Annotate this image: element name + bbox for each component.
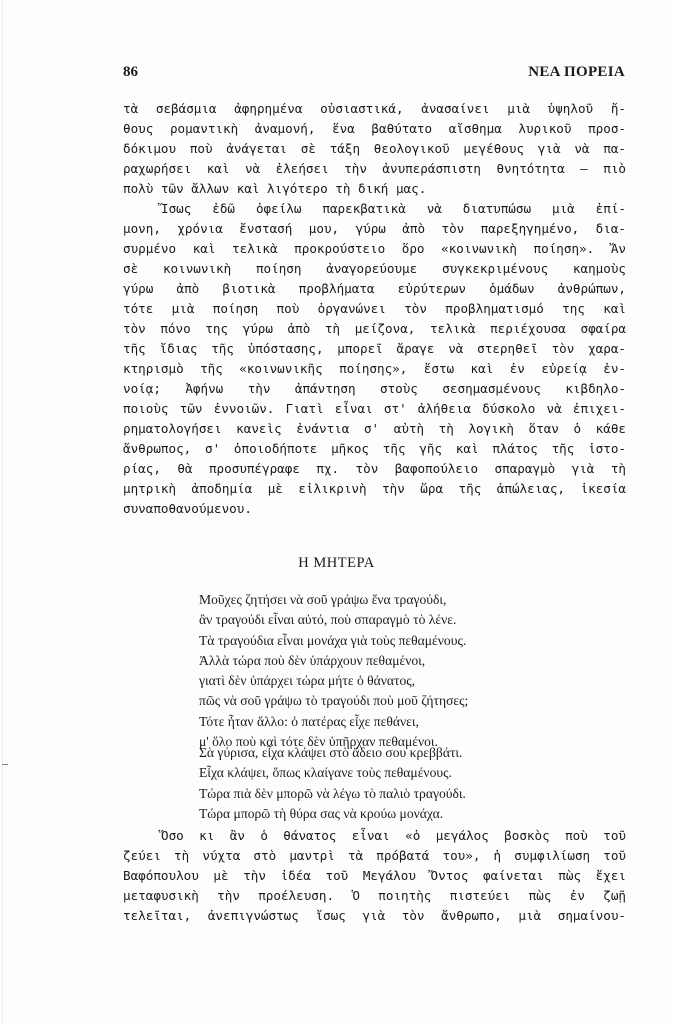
poem-verse-line: Τὰ τραγούδια εἶναι μονάχα γιὰ τοὺς πεθαμ… — [199, 631, 468, 651]
poem-verse-line: πῶς νὰ σοῦ γράψω τὸ τραγούδι ποὺ μοῦ ζήτ… — [199, 691, 468, 711]
text-line: Ὅσο κι ἂν ὁ θάνατος εἶναι «ὁ μεγάλος βοσ… — [123, 826, 626, 846]
running-head: 86 ΝΕΑ ΠΟΡΕΙΑ — [123, 64, 625, 84]
text-line: ζεύει τὴ νύχτα στὸ μαντρὶ τὰ πρόβατά του… — [123, 846, 626, 866]
text-line: πολὺ τῶν ἄλλων καὶ λιγότερο τὴ δική μας. — [123, 179, 626, 199]
text-line: κτηρισμὸ τῆς «κοινωνικῆς ποίησης», ἔστω … — [123, 359, 626, 379]
text-line: νοίᾳ; Ἀφήνω τὴν ἀπάντηση στοὺς σεσημασμέ… — [123, 379, 626, 399]
text-line: ποιοὺς τῶν ἐννοιῶν. Γιατὶ εἶναι στ' ἀλήθ… — [123, 399, 626, 419]
prose-block-top: τὰ σεβάσμια ἀφηρημένα οὐσιαστικά, ἀνασαί… — [123, 99, 626, 519]
text-line: τότε μιὰ ποίηση ποὺ ὀργανώνει τὸν προβλη… — [123, 299, 626, 319]
poem-verse-line: Τότε ἦταν ἄλλο: ὁ πατέρας εἶχε πεθάνει, — [199, 712, 468, 732]
text-line: Ἴσως ἐδῶ ὀφείλω παρεκβατικὰ νὰ διατυπώσω… — [123, 199, 626, 219]
text-line: ρίας, θὰ προσυπέγραφε πχ. τὸν βαφοπούλει… — [123, 459, 626, 479]
text-line: Βαφόπουλου μὲ τὴν ἰδέα τοῦ Μεγάλου Ὄντος… — [123, 866, 626, 886]
text-line: δόκιμου ποὺ ἀνάγεται σὲ τάξη θεολογικοῦ … — [123, 139, 626, 159]
prose-block-bottom: Ὅσο κι ἂν ὁ θάνατος εἶναι «ὁ μεγάλος βοσ… — [123, 826, 626, 926]
poem-verse-line: ἂν τραγούδι εἶναι αὐτό, ποὺ σπαραγμὸ τὸ … — [199, 610, 468, 630]
page-number: 86 — [123, 64, 138, 81]
text-line: ραχωρήσει καὶ νὰ ἐλεήσει τὴν ἀνυπεράσπισ… — [123, 159, 626, 179]
poem-verse-line: Σὰ γύρισα, εἶχα κλάψει στὸ ἄδειο σου κρε… — [199, 743, 466, 763]
poem-verse-line: γιατὶ δὲν ὑπάρχει τώρα μήτε ὁ θάνατος, — [199, 671, 468, 691]
text-line: μεταφυσικὴ τὴν προέλευση. Ὁ ποιητὴς πιστ… — [123, 886, 626, 906]
book-page: 86 ΝΕΑ ΠΟΡΕΙΑ τὰ σεβάσμια ἀφηρημένα οὐσι… — [0, 0, 673, 1024]
text-line: μητρικὴ ἀποδημία μὲ εἰλικρινὴ τὴν ὥρα τῆ… — [123, 479, 626, 499]
text-line: τὸν πόνο της γύρω ἀπὸ τὴ μείζονα, τελικὰ… — [123, 319, 626, 339]
poem-verse-line: Τώρα πιὰ δὲν μπορῶ νὰ λέγω τὸ παλιὸ τραγ… — [199, 784, 466, 804]
scan-edge — [2, 0, 3, 1024]
text-line: μονη, χρόνια ἔνστασή μου, γύρω ἀπὸ τὸν π… — [123, 219, 626, 239]
poem-verse-line: Τώρα μπορῶ τὴ θύρα σας νὰ κρούω μονάχα. — [199, 804, 466, 824]
margin-mark — [2, 764, 8, 765]
poem-stanza-1: Μοῦχες ζητήσει νὰ σοῦ γράψω ἕνα τραγούδι… — [199, 590, 468, 752]
text-line: τὰ σεβάσμια ἀφηρημένα οὐσιαστικά, ἀνασαί… — [123, 99, 626, 119]
text-line: ρηματολογήσει κανεὶς ἐνάντια σ' αὐτὴ τὴ … — [123, 419, 626, 439]
text-line: συρμένο καὶ τελικὰ προκρούστειο ὅρο «κοι… — [123, 239, 626, 259]
text-line: συναποθανούμενου. — [123, 499, 626, 519]
poem-verse-line: Μοῦχες ζητήσει νὰ σοῦ γράψω ἕνα τραγούδι… — [199, 590, 468, 610]
text-line: ἄνθρωπος, σ' ὁποιοδήποτε μῆκος τῆς γῆς κ… — [123, 439, 626, 459]
poem-verse-line: Ἀλλὰ τώρα ποὺ δὲν ὑπάρχουν πεθαμένοι, — [199, 651, 468, 671]
poem-stanza-2: Σὰ γύρισα, εἶχα κλάψει στὸ ἄδειο σου κρε… — [199, 743, 466, 824]
text-line: τελεῖται, ἀνεπιγνώστως ἴσως γιὰ τὸν ἄνθρ… — [123, 906, 626, 926]
text-line: τῆς ἴδιας τῆς ὑπόστασης, μπορεῖ ἄραγε νὰ… — [123, 339, 626, 359]
text-line: γύρω ἀπὸ βιοτικὰ προβλήματα εὐρύτερων ὁμ… — [123, 279, 626, 299]
journal-title: ΝΕΑ ΠΟΡΕΙΑ — [528, 64, 625, 81]
text-line: θους ρομαντικὴ ἀναμονή, ἕνα βαθύτατο αἴσ… — [123, 119, 626, 139]
text-line: σὲ κοινωνικὴ ποίηση ἀναγορεύουμε συγκεκρ… — [123, 259, 626, 279]
poem-verse-line: Εἶχα κλάψει, ὅπως κλαίγανε τοὺς πεθαμένο… — [199, 763, 466, 783]
poem-title: Η ΜΗΤΕΡΑ — [0, 555, 673, 572]
